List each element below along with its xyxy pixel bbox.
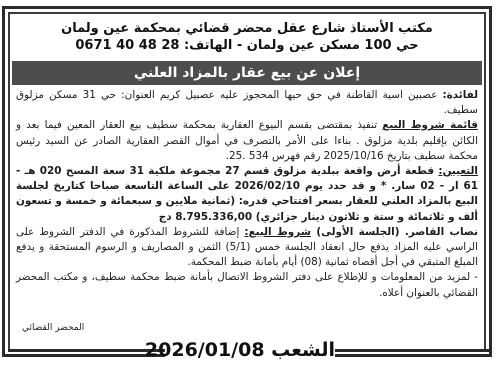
beneficiary-text: عصبين اسية القاطنة في حق حيها المحجوز عل… — [16, 89, 478, 116]
designation-text: قطعة أرض واقعة ببلدية مزلوق قسم 27 مجموع… — [16, 165, 478, 223]
publication-date: 2026/01/08 — [145, 339, 265, 361]
office-header: مكتب الأستاذ شارع عقل محضر قضائي بمحكمة … — [14, 20, 480, 54]
notice-title: إعلان عن بيع عقار بالمزاد العلني — [134, 65, 360, 81]
more-info-paragraph: - لمزيد من المعلومات و للإطلاع على دفتر … — [16, 270, 478, 300]
bailiff-signature: المحضر القضائي — [22, 323, 84, 333]
newspaper-name: الشعب — [271, 339, 335, 361]
office-address-phone: حي 100 مسكن عين ولمان - الهاتف: 28 48 40… — [14, 37, 480, 54]
beneficiary-label: لفائدة: — [443, 89, 478, 101]
publication-footer: الشعب 2026/01/08 — [0, 337, 498, 363]
notice-title-banner: إعلان عن بيع عقار بالمزاد العلني — [12, 61, 482, 85]
conditions-paragraph: قائمة شروط البيع تنفيذ بمقتضى بقسم البيو… — [16, 118, 478, 164]
sale-session-text: نصاب القاصر. (الجلسة الأولى) — [311, 226, 478, 238]
footer-rule-right — [332, 349, 492, 352]
notice-body: لفائدة: عصبين اسية القاطنة في حق حيها ال… — [16, 88, 478, 301]
sale-conditions-label: شروط البيع: — [244, 226, 311, 238]
designation-label: التعيين: — [438, 165, 478, 177]
publication-label: الشعب 2026/01/08 — [165, 337, 335, 363]
beneficiary-paragraph: لفائدة: عصبين اسية القاطنة في حق حيها ال… — [16, 88, 478, 118]
conditions-label: قائمة شروط البيع — [382, 119, 478, 131]
office-name: مكتب الأستاذ شارع عقل محضر قضائي بمحكمة … — [14, 20, 480, 37]
sale-conditions-paragraph: نصاب القاصر. (الجلسة الأولى) شروط البيع:… — [16, 225, 478, 271]
designation-paragraph: التعيين: قطعة أرض واقعة ببلدية مزلوق قسم… — [16, 164, 478, 225]
